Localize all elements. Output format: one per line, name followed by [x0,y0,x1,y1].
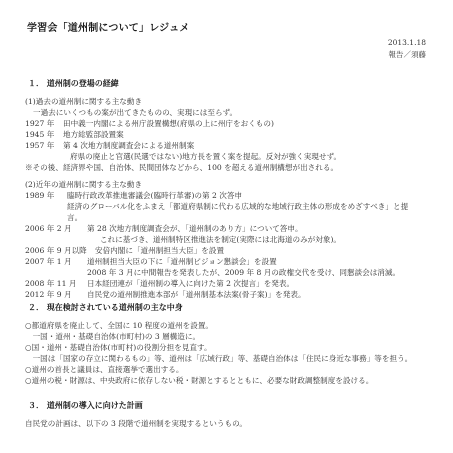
document-date: 2013.1.18 [388,38,426,47]
event-row: 2012 年 9 月自民党の道州制推進本部が「道州制基本法案(骨子案)」を発表。 [25,289,306,300]
list-item: ○道州の首長と議員は、直接選挙で選出する。 [25,364,184,375]
event-text: 経済のグローバル化をふまえ「都道府県制に代わる広域的な地域行政主体の形成をめざす… [67,201,408,212]
event-row: 2006 年 2 月第 28 次地方制度調査会が、「道州制のあり方」について答申… [25,223,303,234]
subsection1-note: ※その後、経済界や国、自治体、民間団体などから、100 を超える道州制構想が出さ… [25,162,338,173]
event-text: 第 4 次地方制度調査会による道州制案 [63,141,194,150]
event-text: 第 28 次地方制度調査会が、「道州制のあり方」について答申。 [87,224,303,233]
list-item: ○道州の税・財源は、中央政府に依存しない税・財源とするとともに、必要な財政調整制… [25,375,373,386]
subsection1-heading: (1)過去の道州制に関する主な動き [25,96,142,107]
event-year: 2006 年 9 月以降 [25,245,95,256]
event-text: 田中義一内閣による州庁設置構想(府県の上に州庁をおくもの) [63,119,274,128]
event-row: 1945 年地方総監部設置案 [25,129,124,140]
event-year: 1945 年 [25,129,63,140]
list-item: ○国・道州・基礎自治体(市町村)の役割分担を見直す。 [25,342,212,353]
list-item: 一国は「国家の存立に関わるもの」等、道州は「広域行政」等、基礎自治体は「住民に身… [25,353,412,364]
event-text: 2008 年 3 月に中間報告を発表したが、2009 年 8 月の政権交代を受け… [87,267,400,278]
event-text: 臨時行政改革推進審議会(臨時行革審)の第 2 次答申 [67,191,242,200]
event-row: 1989 年臨時行政改革推進審議会(臨時行革審)の第 2 次答申 [25,190,242,201]
event-row: 2006 年 9 月以降安倍内閣に「道州制担当大臣」を設置 [25,245,224,256]
event-text: 言。 [67,212,82,223]
event-year: 2012 年 9 月 [25,289,87,300]
event-text: 自民党の道州制推進本部が「道州制基本法案(骨子案)」を発表。 [87,290,306,299]
event-detail: 府県の廃止と官選(民選ではない)地方長を置く案を提起。反対が強く実現せず。 [70,151,341,162]
event-row: 2007 年 1 月道州制担当大臣の下に「道州制ビジョン懇談会」を設置 [25,256,277,267]
event-year: 2007 年 1 月 [25,256,87,267]
event-row: 1957 年第 4 次地方制度調査会による道州制案 [25,140,194,151]
event-year: 1957 年 [25,140,63,151]
event-text: 道州制担当大臣の下に「道州制ビジョン懇談会」を設置 [87,257,277,266]
list-item: 一国・道州・基礎自治体(市町村)の 3 層構造に。 [25,331,200,342]
event-year: 2008 年 11 月 [25,278,87,289]
section1-heading: １． 道州制の登場の経緯 [28,78,119,89]
list-item: ○都道府県を廃止して、全国に 10 程度の道州を設置。 [25,320,213,331]
event-row: 2008 年 11 月日本経団連が「道州制の導入に向けた第 2 次提言」を発表。 [25,278,294,289]
document-reporter: 報告／須藤 [389,49,427,60]
subsection1-summary: 一過去にいくつもの案が出てきたものの、実現には至らず。 [33,107,237,118]
section3-text: 自民党の計画は、以下の 3 段階で道州制を実現するというもの。 [25,418,247,429]
document-title: 学習会「道州制について」レジュメ [27,19,190,34]
section2-heading: ２． 現在検討されている道州制の主な中身 [28,302,183,313]
event-year: 1927 年 [25,118,63,129]
section3-heading: ３． 道州制の導入に向けた計画 [28,400,143,411]
event-text: これに基づき、道州制特区推進法を制定(実際には北海道のみが対象)。 [100,234,341,245]
event-text: 地方総監部設置案 [63,130,124,139]
event-row: 1927 年田中義一内閣による州庁設置構想(府県の上に州庁をおくもの) [25,118,274,129]
event-year: 1989 年 [25,190,67,201]
event-text: 安倍内閣に「道州制担当大臣」を設置 [95,246,224,255]
event-year: 2006 年 2 月 [25,223,87,234]
subsection2-heading: (2)近年の道州制に関する主な動き [25,179,142,190]
event-text: 日本経団連が「道州制の導入に向けた第 2 次提言」を発表。 [87,279,294,288]
